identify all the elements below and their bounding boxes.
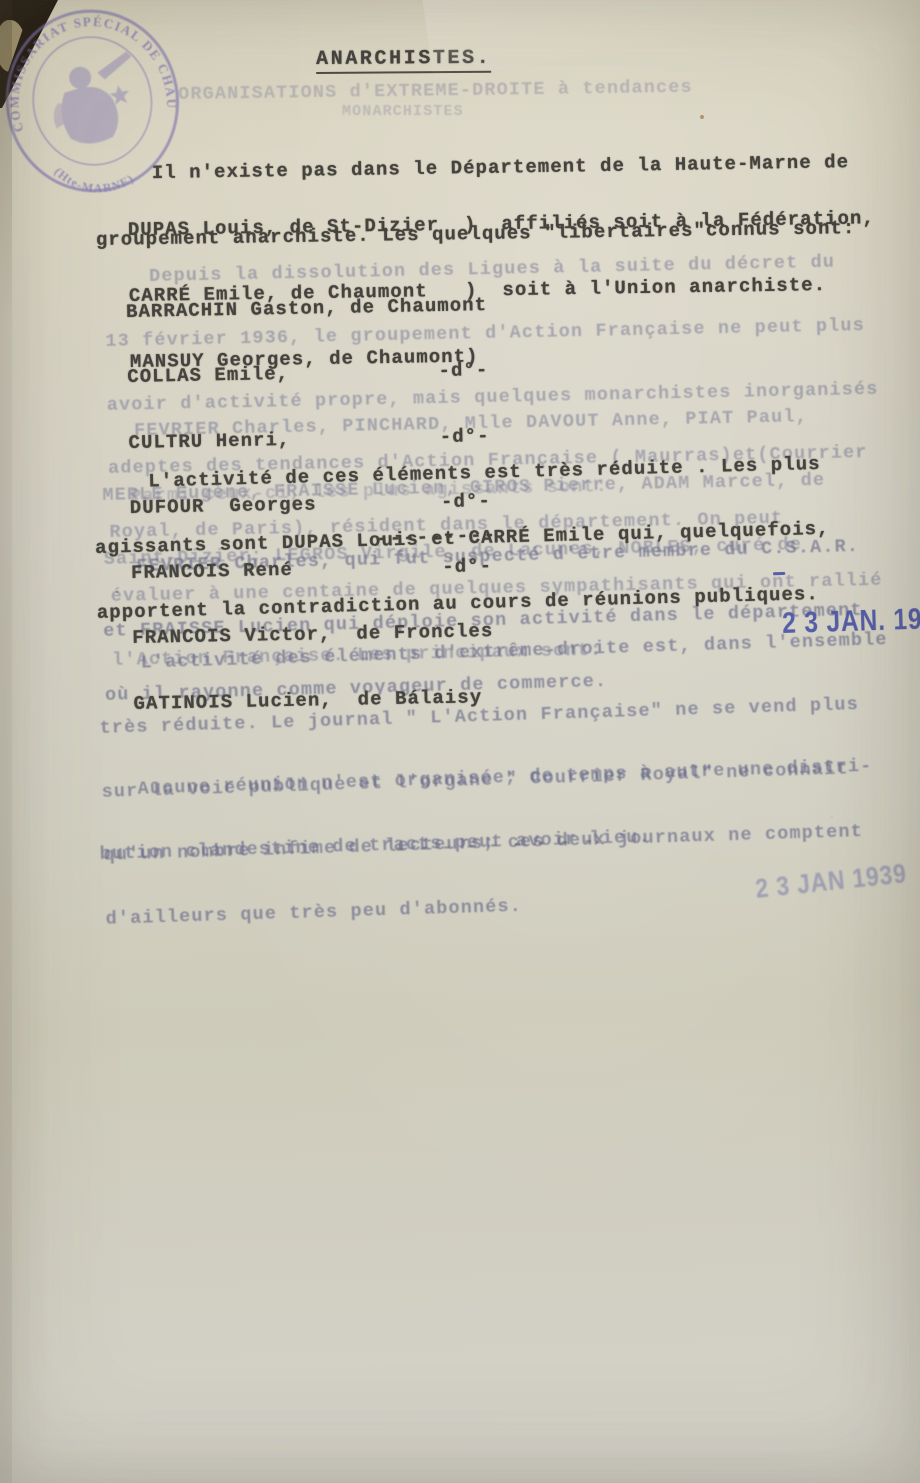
scanned-document-page: ORGANISATIONS d'EXTREME-DROITE à tendanc…	[0, 0, 920, 1483]
list-item: BARRACHIN Gaston, de Chaumont	[126, 294, 487, 322]
text-line: L'activité de ces éléments est très rédu…	[93, 453, 828, 493]
page-left-edge-shadow	[0, 0, 12, 1483]
round-stamp-svg: COMMISSARIAT SPÉCIAL DE CHAUMONT (Hte-MA…	[0, 0, 201, 211]
stamp-overbar	[773, 572, 785, 575]
paper-speck	[700, 115, 704, 119]
bleedthrough-heading: ORGANISATIONS d'EXTREME-DROITE à tendanc…	[178, 77, 693, 105]
page-title: ANARCHISTES.	[316, 47, 491, 74]
list-item: GATINOIS Lucien, de Bálaisy	[133, 686, 494, 714]
list-item: COLLAS Emile, -d°-	[127, 359, 488, 387]
text-line: apportent la contradiction au cours de r…	[97, 582, 832, 622]
list-item: DUPAS Louis, de St-Dizier ) affiliés soi…	[128, 207, 875, 241]
bleedthrough-line: Aucune réunion n'est organisée; de temps…	[97, 756, 872, 802]
commissariat-round-stamp: COMMISSARIAT SPÉCIAL DE CHAUMONT (Hte-MA…	[0, 0, 201, 211]
date-stamp-text: 2 3 JAN. 1939	[782, 602, 920, 640]
separator-dashes: ---------	[376, 524, 497, 550]
stamp-emblem	[44, 51, 145, 150]
date-stamp: 2 3 JAN. 1939	[750, 568, 920, 710]
